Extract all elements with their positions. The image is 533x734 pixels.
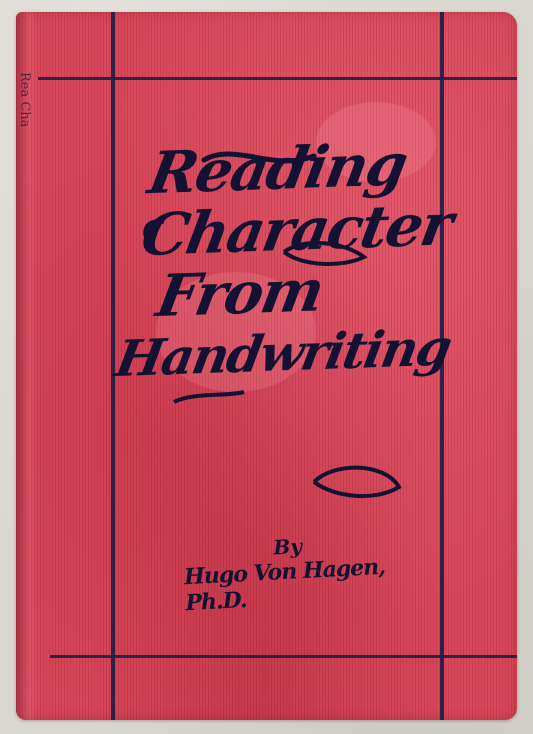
byline: By Hugo Von Hagen, Ph.D. (182, 528, 426, 616)
horizontal-rule-top (38, 77, 517, 80)
book-title: Reading Character From Handwriting (111, 132, 457, 390)
title-line: Character (137, 194, 446, 266)
author-name: Hugo Von Hagen, Ph.D. (183, 552, 425, 616)
horizontal-rule-bottom (50, 655, 517, 658)
book-cover: Rea Cha Reading Character From Handwriti… (16, 12, 517, 720)
title-line: From (152, 256, 435, 327)
title-line: Handwriting (111, 318, 424, 390)
spine-text: Rea Cha (19, 72, 33, 272)
